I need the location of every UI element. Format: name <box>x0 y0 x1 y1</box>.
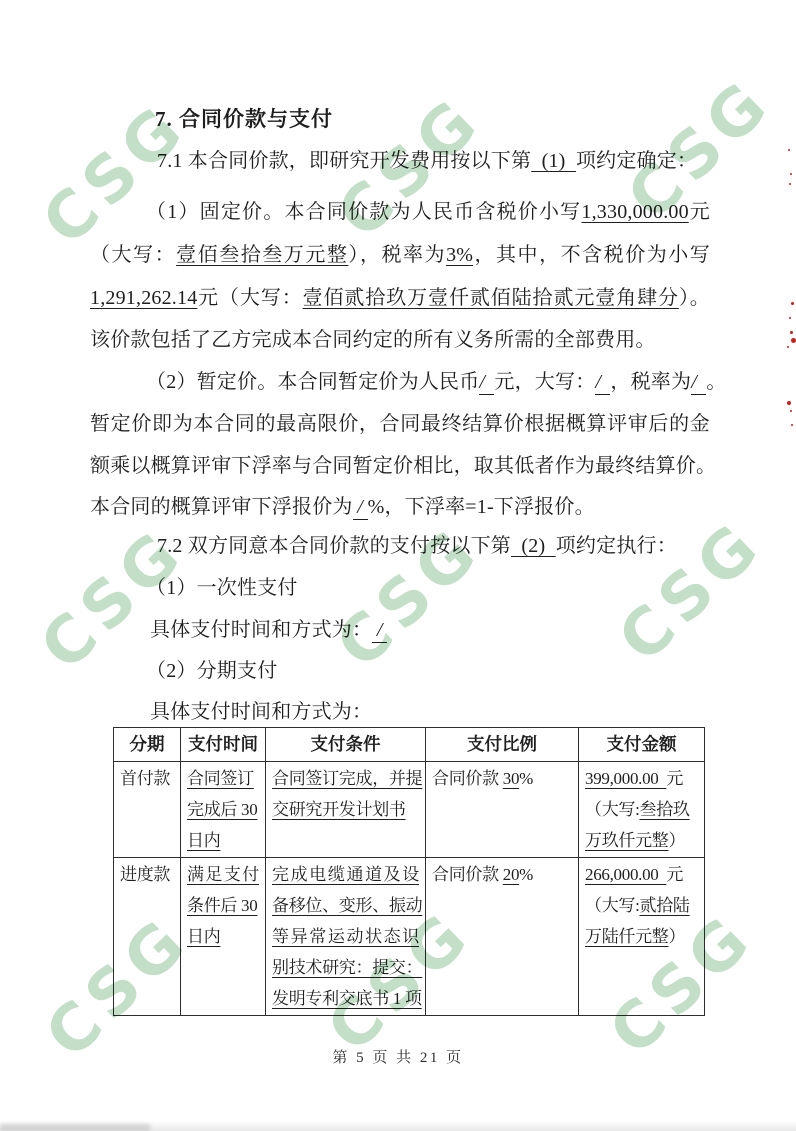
text-segment: 合同签订完成，并提 <box>272 769 422 788</box>
body-line: 7.2 双方同意本合同价款的支付按以下第 (2) 项约定执行： <box>157 533 677 560</box>
text-segment: 万陆仟元整 <box>585 927 669 946</box>
text-segment: 1,330,000.00 <box>581 201 688 223</box>
cell-line: （大写:贰拾陆 <box>585 890 698 921</box>
column-header: 支付条件 <box>266 728 426 762</box>
body-line: 该价款包括了乙方完成本合同约定的所有义务所需的全部费用。 <box>90 327 656 354</box>
table-cell: 合同签订完成后 30日内 <box>181 762 266 858</box>
text-segment: 首付款 <box>120 769 170 788</box>
column-header: 分期 <box>114 728 181 762</box>
cell-line: 发明专利交底书 1 项 <box>272 983 419 1014</box>
cell-line: 完成后 30 <box>187 794 259 825</box>
text-segment: %，下浮率=1-下浮报价。 <box>368 496 595 518</box>
text-segment: 30 <box>503 769 519 788</box>
text-segment: ，税率为 <box>610 371 691 393</box>
body-line: 7.1 本合同价款，即研究开发费用按以下第 (1) 项约定确定： <box>157 148 697 175</box>
red-scan-speck <box>787 346 789 348</box>
cell-line: 266,000.00 元 <box>585 859 698 890</box>
column-header: 支付时间 <box>181 728 266 762</box>
cell-line: 完成电缆通道及设 <box>272 859 419 890</box>
body-line: （2）暂定价。本合同暂定价为人民币/元，大写：/，税率为/。 <box>146 369 710 396</box>
text-segment: （大写: <box>585 800 640 819</box>
text-segment: 日内 <box>187 927 220 946</box>
cell-line: 满足支付 <box>187 859 259 890</box>
cell-line: 进度款 <box>120 859 174 890</box>
red-scan-speck <box>790 410 792 412</box>
body-line: 本合同的概算评审下浮报价为/%，下浮率=1-下浮报价。 <box>90 494 595 521</box>
text-segment: 满足支付 <box>187 865 259 884</box>
table-row: 进度款满足支付条件后 30日内完成电缆通道及设备移位、变形、振动等异常运动状态识… <box>114 858 705 1016</box>
red-scan-speck <box>788 149 790 151</box>
text-segment: （大写: <box>585 896 640 915</box>
text-segment: 等异常运动状态识 <box>272 927 419 946</box>
cell-line: 合同签订 <box>187 763 259 794</box>
text-segment: ，其中，不含税价为小写 <box>473 244 710 266</box>
text-segment: 项约定执行： <box>556 535 677 557</box>
text-segment: ），税率为 <box>348 244 446 266</box>
text-segment: 合同价款 <box>432 865 503 884</box>
text-segment: 别技术研究：提交： <box>272 958 422 977</box>
text-segment: % <box>519 865 533 884</box>
text-segment: 7. 合同价款与支付 <box>155 107 333 131</box>
red-scan-speck <box>791 302 794 305</box>
text-segment: 额乘以概算评审下浮率与合同暂定价相比，取其低者作为最终结算价。 <box>90 455 716 477</box>
text-segment: 本合同的概算评审下浮报价为 <box>90 496 353 518</box>
text-segment: 399,000.00 <box>585 769 666 788</box>
text-segment: (2) <box>511 535 556 557</box>
table-cell: 399,000.00 元（大写:叁拾玖万玖仟元整） <box>579 762 705 858</box>
column-header: 支付比例 <box>426 728 579 762</box>
text-segment: 交研究开发计划书 <box>272 800 406 819</box>
scanned-contract-page: { "meta": { "footer": "第 5 页 共 21 页", "w… <box>0 0 796 1131</box>
cell-line: 合同签订完成，并提 <box>272 763 419 794</box>
cell-line: 交研究开发计划书 <box>272 794 419 825</box>
text-segment: (1) <box>531 150 576 172</box>
text-segment: 暂定价即为本合同的最高限价，合同最终结算价根据概算评审后的金 <box>90 413 710 435</box>
text-segment: 完成电缆通道及设 <box>272 865 419 884</box>
text-segment: 壹佰贰拾玖万壹仟贰佰陆拾贰元壹角肆分 <box>303 287 679 309</box>
body-line: （1）固定价。本合同价款为人民币含税价小写1,330,000.00元 <box>146 199 710 226</box>
table-cell: 首付款 <box>114 762 181 858</box>
column-header: 支付金额 <box>579 728 705 762</box>
body-line: （1）一次性支付 <box>146 575 298 602</box>
text-segment: 7.1 本合同价款，即研究开发费用按以下第 <box>157 150 531 172</box>
red-scan-speck <box>787 401 791 405</box>
text-segment: 元 <box>689 201 710 223</box>
text-segment: 合同签订 <box>187 769 254 788</box>
text-segment: ）。 <box>679 287 710 309</box>
text-segment: 3% <box>446 244 473 266</box>
cell-line: 合同价款 30% <box>432 763 572 794</box>
text-segment: 发明专利交底书 1 项 <box>272 989 422 1008</box>
table-cell: 完成电缆通道及设备移位、变形、振动等异常运动状态识别技术研究：提交：发明专利交底… <box>266 858 426 1016</box>
body-line: 1,291,262.14元（大写：壹佰贰拾玖万壹仟贰佰陆拾贰元壹角肆分）。 <box>90 285 710 312</box>
cell-line: 条件后 30 <box>187 890 259 921</box>
table-cell: 满足支付条件后 30日内 <box>181 858 266 1016</box>
table-row: 首付款合同签订完成后 30日内合同签订完成，并提交研究开发计划书合同价款 30%… <box>114 762 705 858</box>
text-segment: 壹佰叁拾叁万元整 <box>176 244 348 266</box>
text-segment: 266,000.00 <box>585 865 666 884</box>
red-scan-speck <box>791 338 796 343</box>
cell-line: 合同价款 20% <box>432 859 572 890</box>
text-segment: ） <box>669 927 686 946</box>
text-segment: 元 <box>666 865 683 884</box>
blank-slash-mark: / <box>372 621 387 643</box>
body-line: 具体支付时间和方式为： <box>150 699 372 726</box>
body-line: （2）分期支付 <box>146 658 277 685</box>
table-cell: 合同价款 20% <box>426 858 579 1016</box>
text-segment: 备移位、变形、振动 <box>272 896 422 915</box>
blank-slash-mark: / <box>479 373 494 395</box>
body-line: 暂定价即为本合同的最高限价，合同最终结算价根据概算评审后的金 <box>90 411 710 438</box>
section-heading: 7. 合同价款与支付 <box>155 106 333 133</box>
table-cell: 266,000.00 元（大写:贰拾陆万陆仟元整） <box>579 858 705 1016</box>
text-segment: 进度款 <box>120 865 170 884</box>
text-segment: 合同价款 <box>432 769 503 788</box>
text-segment: 20 <box>503 865 519 884</box>
text-segment: （1）固定价。本合同价款为人民币含税价小写 <box>146 201 581 223</box>
text-segment: 万玖仟元整 <box>585 831 669 850</box>
cell-line: 日内 <box>187 825 259 856</box>
red-scan-speck <box>789 317 791 319</box>
blank-slash-mark: / <box>353 498 368 520</box>
red-scan-speck <box>789 183 791 185</box>
text-segment: % <box>519 769 533 788</box>
text-segment: 具体支付时间和方式为： <box>150 701 372 723</box>
text-segment: 1,291,262.14 <box>90 287 197 309</box>
red-scan-speck <box>790 173 792 175</box>
body-line: （大写：壹佰叁拾叁万元整），税率为3%，其中，不含税价为小写 <box>90 242 710 269</box>
table-cell: 进度款 <box>114 858 181 1016</box>
text-segment: 贰拾陆 <box>640 896 690 915</box>
text-segment: 日内 <box>187 831 220 850</box>
page-bottom-smudge <box>0 1124 150 1131</box>
text-segment: （1）一次性支付 <box>146 577 298 599</box>
text-segment: 元，大写： <box>494 371 595 393</box>
text-segment: 元 <box>666 769 683 788</box>
table-cell: 合同签订完成，并提交研究开发计划书 <box>266 762 426 858</box>
payment-schedule-table: 分期支付时间支付条件支付比例支付金额首付款合同签订完成后 30日内合同签订完成，… <box>113 727 705 1016</box>
text-segment: 7.2 双方同意本合同价款的支付按以下第 <box>157 535 511 557</box>
table-cell: 合同价款 30% <box>426 762 579 858</box>
text-segment: 完成后 30 <box>187 800 257 819</box>
text-segment: （2）暂定价。本合同暂定价为人民币 <box>146 371 479 393</box>
text-segment: 条件后 30 <box>187 896 257 915</box>
text-segment: （2）分期支付 <box>146 660 277 682</box>
cell-line: 万陆仟元整） <box>585 921 698 952</box>
text-segment: （大写： <box>90 244 176 266</box>
red-scan-speck <box>791 424 793 426</box>
cell-line: 日内 <box>187 921 259 952</box>
cell-line: 等异常运动状态识 <box>272 921 419 952</box>
cell-line: 万玖仟元整） <box>585 825 698 856</box>
cell-line: 399,000.00 元 <box>585 763 698 794</box>
blank-slash-mark: / <box>595 373 610 395</box>
cell-line: 首付款 <box>120 763 174 794</box>
text-segment: 该价款包括了乙方完成本合同约定的所有义务所需的全部费用。 <box>90 329 656 351</box>
cell-line: （大写:叁拾玖 <box>585 794 698 825</box>
text-segment: 。 <box>706 371 726 393</box>
text-segment: 项约定确定： <box>576 150 697 172</box>
text-segment: 叁拾玖 <box>640 800 690 819</box>
text-segment: 具体支付时间和方式为： <box>150 619 372 641</box>
text-segment: ） <box>669 831 686 850</box>
text-segment: 元（大写： <box>197 287 302 309</box>
body-line: 具体支付时间和方式为：/ <box>150 617 387 644</box>
red-scan-speck <box>790 331 793 334</box>
page-footer: 第 5 页 共 21 页 <box>0 1046 796 1067</box>
body-line: 额乘以概算评审下浮率与合同暂定价相比，取其低者作为最终结算价。 <box>90 453 710 480</box>
cell-line: 备移位、变形、振动 <box>272 890 419 921</box>
cell-line: 别技术研究：提交： <box>272 952 419 983</box>
blank-slash-mark: / <box>691 373 706 395</box>
